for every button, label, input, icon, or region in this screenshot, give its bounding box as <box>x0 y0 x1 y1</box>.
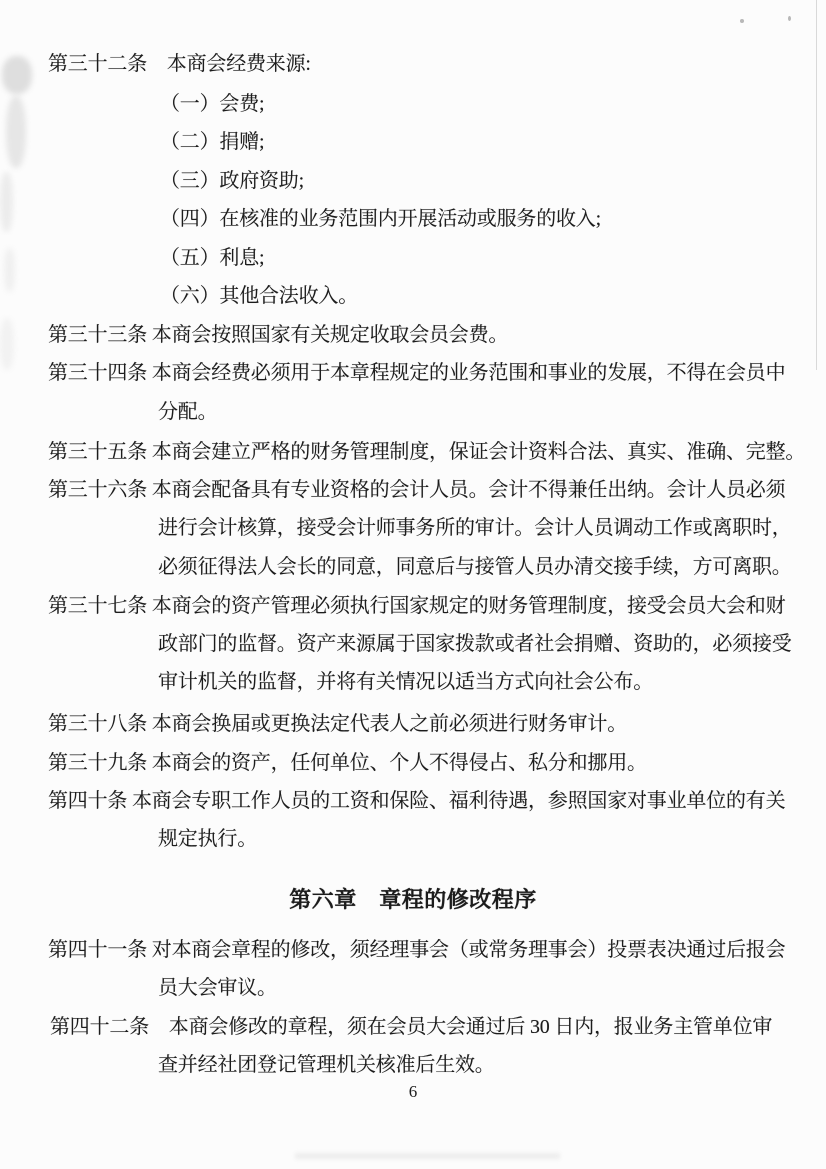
article-34-line: 第三十四条 本商会经费必须用于本章程规定的业务范围和事业的发展，不得在会员中 <box>48 362 785 385</box>
article-37-line: 第三十七条 本商会的资产管理必须执行国家规定的财务管理制度，接受会员大会和财 <box>48 595 785 618</box>
funding-item-4: （四）在核准的业务范围内开展活动或服务的收入; <box>160 208 601 231</box>
document-page: 第三十二条 本商会经费来源: （一）会费; （二）捐赠; （三）政府资助; （四… <box>0 0 826 1169</box>
scan-smudge <box>295 1153 560 1159</box>
scan-smudge <box>0 172 13 232</box>
page-number: 6 <box>0 1082 826 1102</box>
funding-item-6: （六）其他合法收入。 <box>160 285 358 308</box>
scan-smudge <box>4 248 15 292</box>
article-37-cont-2: 审计机关的监督，并将有关情况以适当方式向社会公布。 <box>158 671 653 694</box>
article-38-line: 第三十八条 本商会换届或更换法定代表人之前必须进行财务审计。 <box>48 713 627 736</box>
article-42-line: 第四十二条 本商会修改的章程，须在会员大会通过后 30 日内，报业务主管单位审 <box>50 1016 772 1039</box>
funding-item-5: （五）利息; <box>160 247 264 270</box>
article-33-line: 第三十三条 本商会按照国家有关规定收取会员会费。 <box>48 324 508 347</box>
article-32-line: 第三十二条 本商会经费来源: <box>48 53 311 76</box>
article-37-cont-1: 政部门的监督。资产来源属于国家拨款或者社会捐赠、资助的，必须接受 <box>158 633 792 656</box>
scan-smudge <box>2 56 32 94</box>
article-34-cont: 分配。 <box>158 401 217 424</box>
scan-speck <box>740 19 744 23</box>
article-40-cont: 规定执行。 <box>158 828 257 851</box>
article-36-cont-1: 进行会计核算，接受会计师事务所的审计。会计人员调动工作或离职时， <box>158 517 792 540</box>
funding-item-2: （二）捐赠; <box>160 131 264 154</box>
article-39-line: 第三十九条 本商会的资产，任何单位、个人不得侵占、私分和挪用。 <box>48 752 647 775</box>
scan-smudge <box>0 318 14 370</box>
scan-smudge <box>6 96 26 168</box>
article-35-line: 第三十五条 本商会建立严格的财务管理制度，保证会计资料合法、真实、准确、完整。 <box>48 441 805 464</box>
funding-item-3: （三）政府资助; <box>160 170 304 193</box>
article-41-cont: 员大会审议。 <box>158 977 277 1000</box>
funding-item-1: （一）会费; <box>160 93 264 116</box>
chapter-6-heading: 第六章 章程的修改程序 <box>0 883 826 914</box>
scanner-edge-line <box>816 0 817 370</box>
article-40-line: 第四十条 本商会专职工作人员的工资和保险、福利待遇，参照国家对事业单位的有关 <box>48 790 785 813</box>
article-41-line: 第四十一条 对本商会章程的修改，须经理事会（或常务理事会）投票表决通过后报会 <box>48 939 785 962</box>
article-42-cont: 查并经社团登记管理机关核准后生效。 <box>158 1054 495 1077</box>
article-36-line: 第三十六条 本商会配备具有专业资格的会计人员。会计不得兼任出纳。会计人员必须 <box>48 479 785 502</box>
scan-speck <box>788 16 791 21</box>
article-36-cont-2: 必须征得法人会长的同意，同意后与接管人员办清交接手续，方可离职。 <box>158 556 792 579</box>
